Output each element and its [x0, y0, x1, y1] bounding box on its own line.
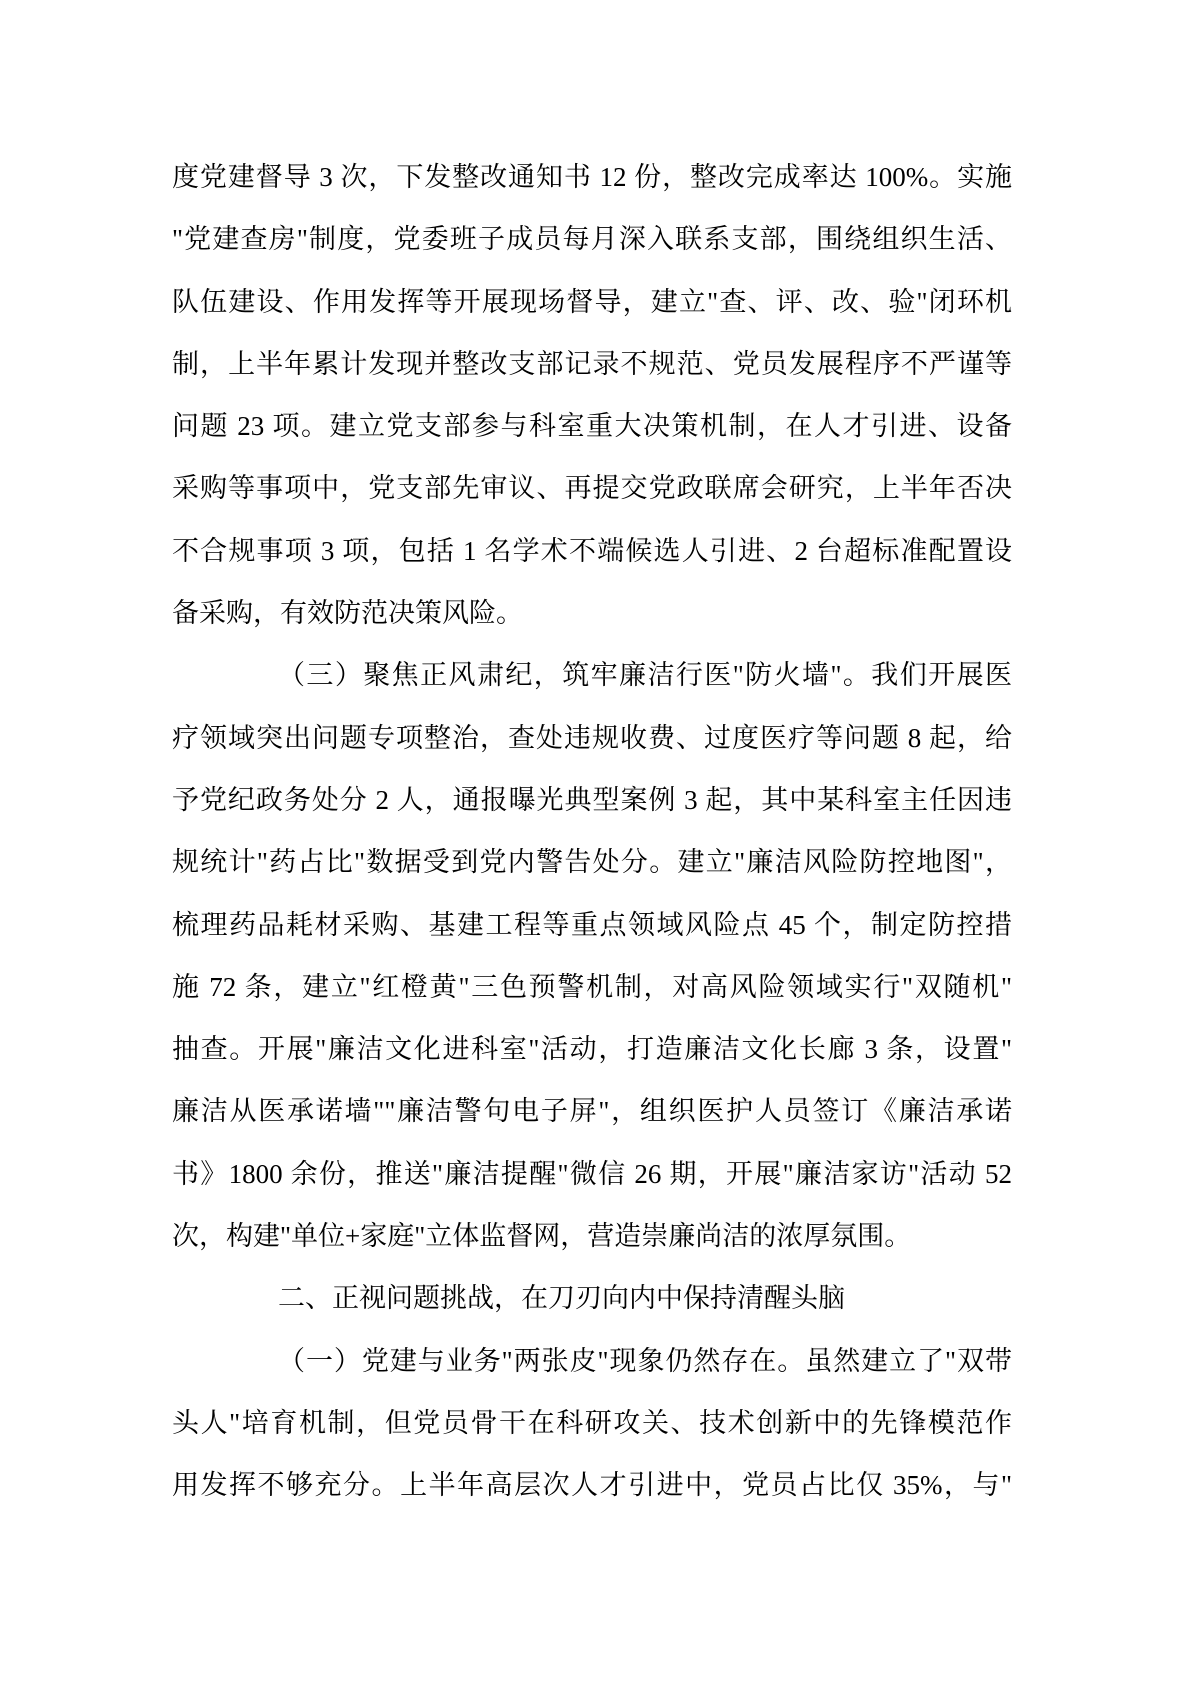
paragraph-lead-line: （三）聚焦正风肃纪，筑牢廉洁行医"防火墙"。我们开展医 [172, 644, 1012, 706]
document-line: 疗领域突出问题专项整治，查处违规收费、过度医疗等问题 8 起，给 [172, 707, 1012, 769]
document-line: 队伍建设、作用发挥等开展现场督导，建立"查、评、改、验"闭环机 [172, 271, 1012, 333]
document-line: 备采购，有效防范决策风险。 [172, 582, 1012, 644]
document-line: 规统计"药占比"数据受到党内警告处分。建立"廉洁风险防控地图"， [172, 831, 1012, 893]
document-line: 制，上半年累计发现并整改支部记录不规范、党员发展程序不严谨等 [172, 333, 1012, 395]
document-line: 抽查。开展"廉洁文化进科室"活动，打造廉洁文化长廊 3 条，设置" [172, 1018, 1012, 1080]
document-line: 用发挥不够充分。上半年高层次人才引进中，党员占比仅 35%，与" [172, 1454, 1012, 1516]
section-heading: 二、正视问题挑战，在刀刃向内中保持清醒头脑 [172, 1267, 1012, 1329]
document-line: 头人"培育机制，但党员骨干在科研攻关、技术创新中的先锋模范作 [172, 1392, 1012, 1454]
document-line: 度党建督导 3 次，下发整改通知书 12 份，整改完成率达 100%。实施 [172, 146, 1012, 208]
document-line: 予党纪政务处分 2 人，通报曝光典型案例 3 起，其中某科室主任因违 [172, 769, 1012, 831]
paragraph-lead-line: （一）党建与业务"两张皮"现象仍然存在。虽然建立了"双带 [172, 1330, 1012, 1392]
document-line: 问题 23 项。建立党支部参与科室重大决策机制，在人才引进、设备 [172, 395, 1012, 457]
document-page: 度党建督导 3 次，下发整改通知书 12 份，整改完成率达 100%。实施 "党… [0, 0, 1190, 1683]
document-line: 书》1800 余份，推送"廉洁提醒"微信 26 期，开展"廉洁家访"活动 52 [172, 1143, 1012, 1205]
document-line: 廉洁从医承诺墙""廉洁警句电子屏"，组织医护人员签订《廉洁承诺 [172, 1080, 1012, 1142]
document-line: 不合规事项 3 项，包括 1 名学术不端候选人引进、2 台超标准配置设 [172, 520, 1012, 582]
document-body: 度党建督导 3 次，下发整改通知书 12 份，整改完成率达 100%。实施 "党… [172, 146, 1012, 1517]
document-line: 施 72 条，建立"红橙黄"三色预警机制，对高风险领域实行"双随机" [172, 956, 1012, 1018]
document-line: 次，构建"单位+家庭"立体监督网，营造崇廉尚洁的浓厚氛围。 [172, 1205, 1012, 1267]
document-line: 梳理药品耗材采购、基建工程等重点领域风险点 45 个，制定防控措 [172, 894, 1012, 956]
document-line: 采购等事项中，党支部先审议、再提交党政联席会研究，上半年否决 [172, 457, 1012, 519]
document-line: "党建查房"制度，党委班子成员每月深入联系支部，围绕组织生活、 [172, 208, 1012, 270]
